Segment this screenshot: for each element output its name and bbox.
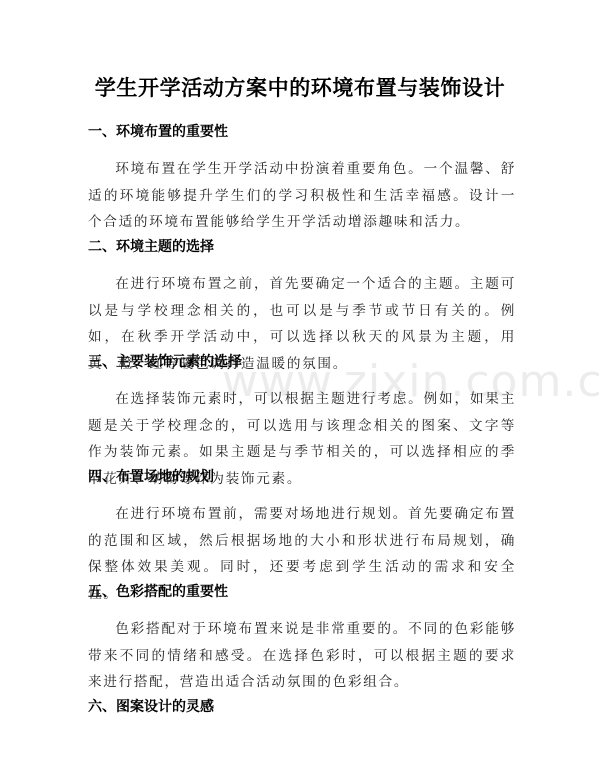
section-pattern-inspiration: 六、图案设计的灵感 — [88, 697, 516, 731]
section-importance: 一、环境布置的重要性 环境布置在学生开学活动中扮演着重要角色。一个温馨、舒适的环… — [88, 122, 516, 236]
section-heading: 一、环境布置的重要性 — [88, 122, 516, 142]
section-body: 色彩搭配对于环境布置来说是非常重要的。不同的色彩能够带来不同的情绪和感受。在选择… — [88, 616, 516, 696]
document-page: 学生开学活动方案中的环境布置与装饰设计 www.zixin.com.cn 一、环… — [0, 0, 600, 776]
section-color-matching: 五、色彩搭配的重要性 色彩搭配对于环境布置来说是非常重要的。不同的色彩能够带来不… — [88, 582, 516, 696]
section-heading: 二、环境主题的选择 — [88, 237, 516, 257]
document-title: 学生开学活动方案中的环境布置与装饰设计 — [0, 72, 600, 102]
section-heading: 三、主要装饰元素的选择 — [88, 352, 516, 372]
section-heading: 六、图案设计的灵感 — [88, 697, 516, 717]
section-heading: 五、色彩搭配的重要性 — [88, 582, 516, 602]
section-heading: 四、布置场地的规划 — [88, 467, 516, 487]
section-body: 环境布置在学生开学活动中扮演着重要角色。一个温馨、舒适的环境能够提升学生们的学习… — [88, 156, 516, 236]
